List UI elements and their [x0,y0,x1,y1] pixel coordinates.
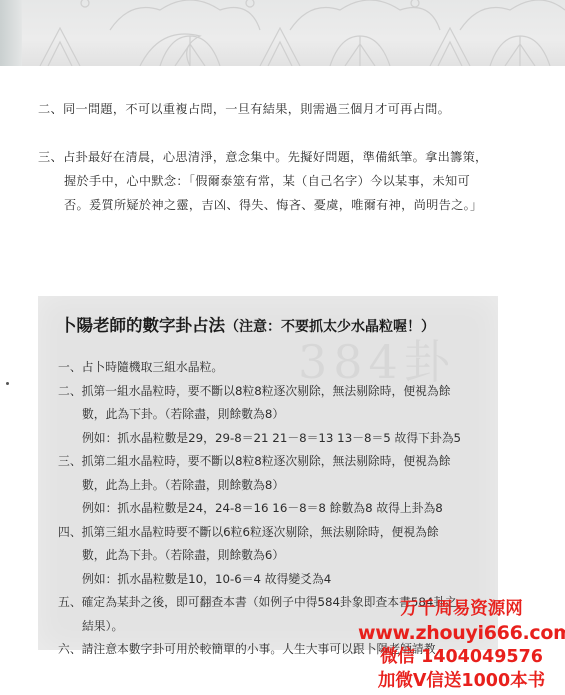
watermark-promo: 加微V信送1000本书 [358,669,565,693]
list-item: 數，此為下卦。（若除盡，則餘數為8） [58,403,461,427]
list-item: 二、抓第一組水晶粒時，要不斷以8粒8粒逐次剔除，無法剔除時，便視為餘 [58,380,461,404]
paragraph-line: 三、占卦最好在清晨，心思清淨，意念集中。先擬好問題，準備紙筆。拿出籌策， [38,145,488,169]
watermark-url: www.zhouyi666.com [358,621,565,645]
watermark-wechat: 微信 1404049576 [358,645,565,669]
paragraph-line: 二、同一問題，不可以重複占問，一旦有結果，則需過三個月才可再占問。 [38,97,450,121]
paragraph-two: 二、同一問題，不可以重複占問，一旦有結果，則需過三個月才可再占問。 [38,97,450,121]
list-item: 數，此為下卦。（若除盡，則餘數為6） [58,544,461,568]
box-title-main: 卜陽老師的數字卦占法 [60,316,225,335]
paragraph-three: 三、占卦最好在清晨，心思清淨，意念集中。先擬好問題，準備紙筆。拿出籌策， 握於手… [38,145,488,217]
stray-mark [6,382,9,385]
ornament-pattern-icon [0,0,565,66]
list-item-example: 例如：抓水晶粒數是10，10-6＝4 故得變爻為4 [58,568,461,592]
paragraph-line: 否。爰質所疑於神之靈，吉凶、得失、悔吝、憂虞，唯爾有神，尚明告之。」 [38,193,488,217]
list-item: 數，此為上卦。（若除盡，則餘數為8） [58,474,461,498]
watermark-overlay: 万千周易资源网 www.zhouyi666.com 微信 1404049576 … [358,597,565,693]
list-item: 四、抓第三組水晶粒時要不斷以6粒6粒逐次剔除，無法剔除時，便視為餘 [58,521,461,545]
list-item-example: 例如：抓水晶粒數是24，24-8＝16 16－8＝8 餘數為8 故得上卦為8 [58,497,461,521]
paragraph-line: 握於手中，心中默念：「假爾泰筮有常，某（自己名字）今以某事，未知可 [38,169,488,193]
list-item-example: 例如：抓水晶粒數是29，29-8＝21 21－8＝13 13－8＝5 故得下卦為… [58,427,461,451]
list-item: 一、占卜時隨機取三組水晶粒。 [58,356,461,380]
box-title: 卜陽老師的數字卦占法（注意：不要抓太少水晶粒喔！） [60,312,435,336]
watermark-site-name: 万千周易资源网 [358,597,565,621]
box-title-note: （注意：不要抓太少水晶粒喔！） [225,319,435,335]
decorative-header-band [0,0,565,66]
list-item: 三、抓第二組水晶粒時，要不斷以8粒8粒逐次剔除，無法剔除時，便視為餘 [58,450,461,474]
